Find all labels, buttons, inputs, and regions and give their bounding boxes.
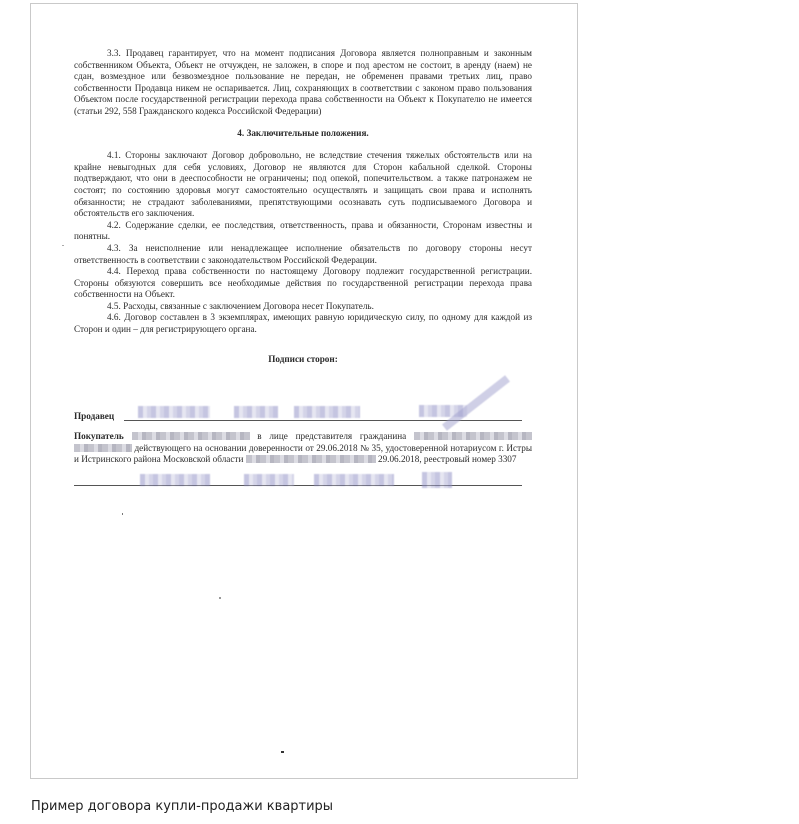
document-image-frame: 3.3. Продавец гарантирует, что на момент… (30, 3, 578, 779)
seller-signature-redacted (138, 406, 210, 418)
image-caption: Пример договора купли-продажи квартиры (31, 799, 333, 814)
clause-4-4: 4.4. Переход права собственности по наст… (74, 266, 532, 301)
seller-signature-redacted (234, 406, 278, 418)
signatures-heading: Подписи сторон: (74, 354, 532, 366)
scan-speck (122, 513, 123, 515)
redacted-name (246, 455, 376, 463)
buyer-signature-redacted (140, 474, 210, 486)
buyer-text-3: 29.06.2018, реестровый номер 3307 (376, 454, 517, 464)
redacted-name (414, 432, 532, 440)
seller-signature-line (124, 420, 522, 421)
clause-3-3: 3.3. Продавец гарантирует, что на момент… (74, 48, 532, 118)
clause-4-3: 4.3. За неисполнение или ненадлежащее ис… (74, 243, 532, 266)
clause-4-5: 4.5. Расходы, связанные с заключением До… (74, 301, 532, 313)
buyer-block: Покупатель в лице представителя граждани… (74, 431, 532, 466)
buyer-signature-redacted (314, 474, 394, 486)
scan-speck (62, 245, 64, 246)
buyer-signature-redacted (422, 472, 452, 488)
redacted-name (74, 444, 132, 452)
clause-4-6: 4.6. Договор составлен в 3 экземплярах, … (74, 312, 532, 335)
clause-4-1: 4.1. Стороны заключают Договор доброволь… (74, 150, 532, 220)
buyer-label: Покупатель (74, 431, 124, 441)
buyer-text-1: в лице представителя гражданина (250, 431, 414, 441)
buyer-signature-redacted (244, 474, 294, 486)
section-4-heading: 4. Заключительные положения. (74, 128, 532, 140)
scan-speck (281, 751, 284, 753)
scan-speck (219, 597, 221, 599)
buyer-signature-row (74, 466, 532, 490)
seller-signature-redacted (294, 406, 360, 418)
clause-4-2: 4.2. Содержание сделки, ее последствия, … (74, 220, 532, 243)
redacted-name (132, 432, 250, 440)
seller-signature-stroke (442, 375, 510, 431)
contract-page: 3.3. Продавец гарантирует, что на момент… (74, 48, 532, 490)
seller-signature-row: Продавец (74, 403, 532, 425)
seller-label: Продавец (74, 411, 114, 423)
